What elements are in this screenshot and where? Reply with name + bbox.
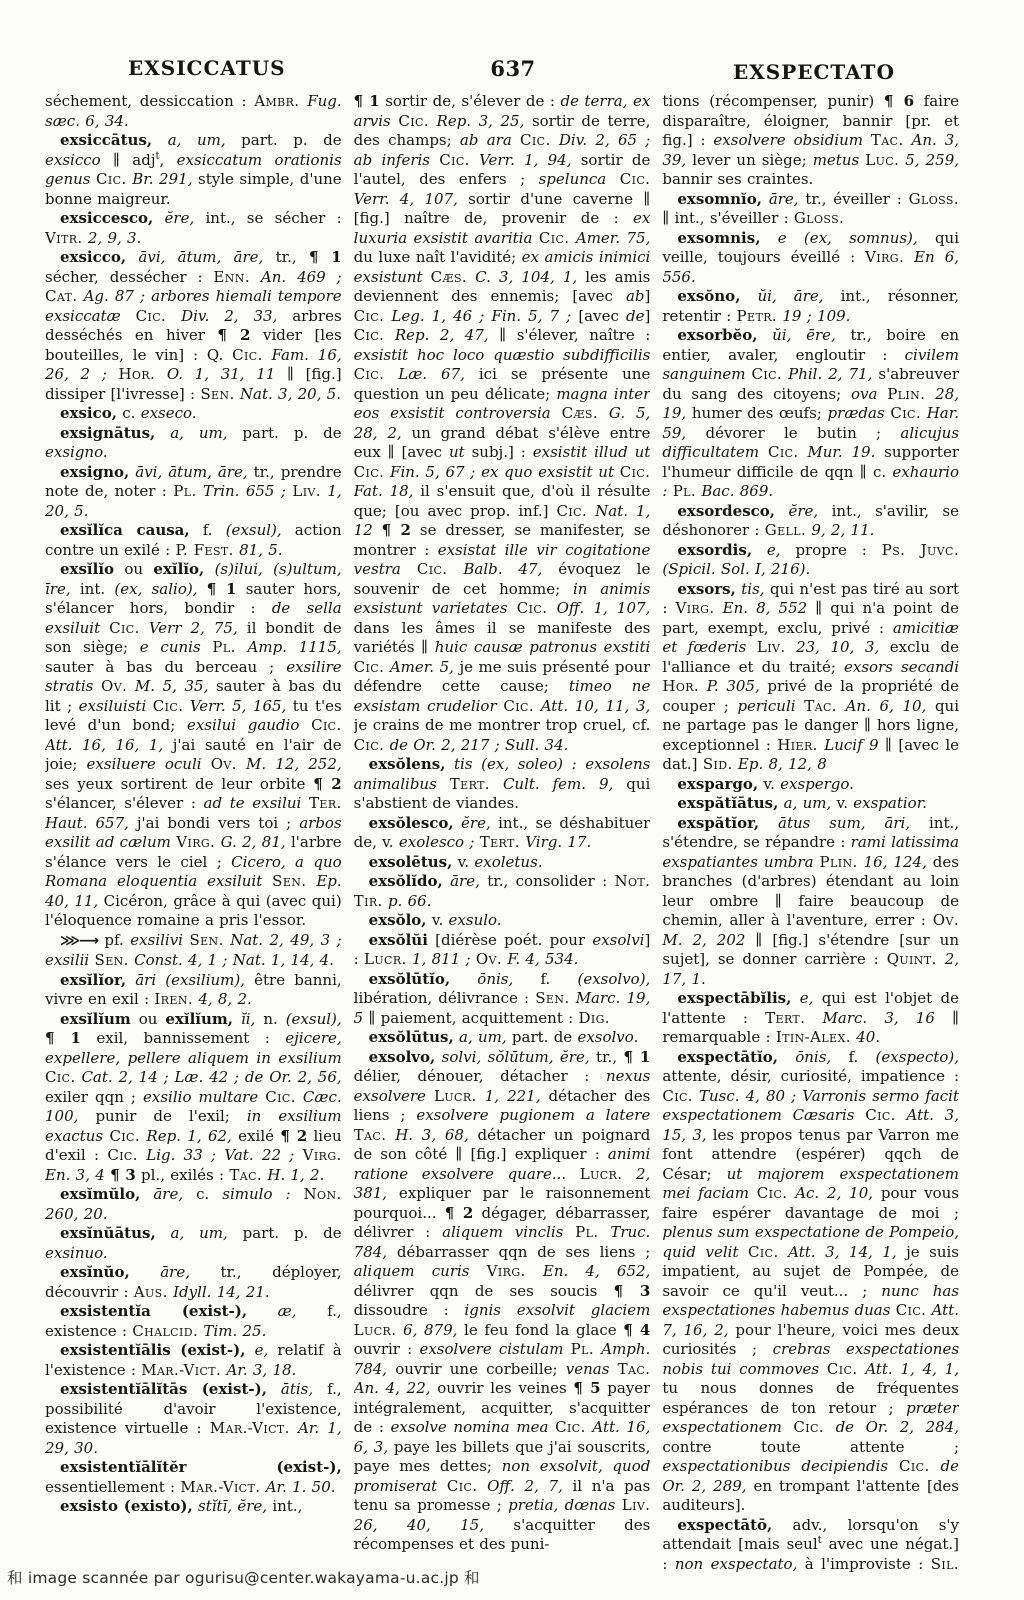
entry-paragraph: exsignātus, a, um, part. p. de exsigno. — [45, 424, 342, 463]
entry-paragraph: exsĭlĭum ou exĭlĭum, ĭi, n. (exsul), ¶ 1… — [45, 1010, 342, 1186]
entry-paragraph: ¶ 1 sortir de, s'élever de : de terra, e… — [354, 92, 651, 755]
entry-paragraph: séchement, dessiccation : Ambr. Fug. sæc… — [45, 92, 342, 131]
entry-paragraph: exsŏlo, v. exsulo. — [354, 911, 651, 931]
entry-paragraph: exspectātō, adv., lorsqu'on s'y attendai… — [662, 1516, 959, 1575]
entry-paragraph: exsistentĭālis (exist-), e, relatif à l'… — [45, 1341, 342, 1380]
entry-paragraph: ⋙⟶ pf. exsilivi Sen. Nat. 2, 49, 3 ; exs… — [45, 931, 342, 971]
entry-paragraph: exsorbĕo, ŭi, ēre, tr., boire en entier,… — [662, 326, 959, 502]
entry-paragraph: exspătĭātus, a, um, v. exspatior. — [662, 794, 959, 814]
entry-paragraph: exsistentĭālĭtĕr (exist-), essentielleme… — [45, 1458, 342, 1497]
text-columns: séchement, dessiccation : Ambr. Fug. sæc… — [45, 92, 959, 1574]
entry-paragraph: exsico, c. exseco. — [45, 404, 342, 424]
entry-paragraph: exsĭmŭlo, āre, c. simulo : Non. 260, 20. — [45, 1185, 342, 1224]
entry-paragraph: exsicco, āvi, ātum, āre, tr., ¶ 1 sécher… — [45, 248, 342, 404]
entry-paragraph: exsŏlŭi [diérèse poét. pour exsolvi] : L… — [354, 931, 651, 970]
column-1: séchement, dessiccation : Ambr. Fug. sæc… — [45, 92, 342, 1574]
column-2: ¶ 1 sortir de, s'élever de : de terra, e… — [354, 92, 651, 1574]
running-head: EXSICCATUS 637 EXSPECTATO — [0, 56, 1024, 86]
entry-paragraph: exsistentĭa (exist-), æ, f., existence :… — [45, 1302, 342, 1341]
entry-paragraph: exsisto (existo), stĭtī, ĕre, int., — [45, 1497, 342, 1517]
entry-paragraph: exsŏlūtus, a, um, part. de exsolvo. — [354, 1028, 651, 1048]
scan-credit: 和 image scannée par ogurisu@center.wakay… — [7, 1566, 480, 1588]
entry-paragraph: exsigno, āvi, ātum, āre, tr., prendre no… — [45, 463, 342, 522]
entry-paragraph: exsĭlĭca causa, f. (exsul), action contr… — [45, 521, 342, 560]
entry-paragraph: exsomnis, e (ex, somnus), qui veille, to… — [662, 229, 959, 288]
entry-paragraph: exsĭlĭo ou exĭlĭo, (s)ilui, (s)ultum, īr… — [45, 560, 342, 931]
entry-paragraph: exsistentĭālĭtās (exist-), ātis, f., pos… — [45, 1380, 342, 1458]
entry-paragraph: exsŏlĭdo, āre, tr., consolider : Not. Ti… — [354, 872, 651, 911]
entry-paragraph: exspătĭor, ātus sum, āri, int., s'étendr… — [662, 814, 959, 990]
running-head-right: EXSPECTATO — [733, 60, 895, 84]
entry-paragraph: exsĭnŭo, āre, tr., déployer, découvrir :… — [45, 1263, 342, 1302]
entry-paragraph: exsĭlĭor, āri (exsilium), être banni, vi… — [45, 971, 342, 1010]
entry-paragraph: exsolētus, v. exoletus. — [354, 853, 651, 873]
remark-arrow-icon: ⋙⟶ — [60, 933, 98, 949]
entry-paragraph: exspectātĭo, ōnis, f. (exspecto), attent… — [662, 1048, 959, 1516]
entry-paragraph: tions (récompenser, punir) ¶ 6 faire dis… — [662, 92, 959, 190]
entry-paragraph: exsiccesco, ĕre, int., se sécher : Vitr.… — [45, 209, 342, 248]
entry-paragraph: exsolvo, solvi, sŏlūtum, ĕre, tr., ¶ 1 d… — [354, 1048, 651, 1555]
entry-paragraph: exsomnĭo, āre, tr., éveiller : Gloss. ∥ … — [662, 190, 959, 229]
page-number: 637 — [458, 56, 568, 81]
entry-paragraph: exsŏlūtĭo, ōnis, f. (exsolvo), libératio… — [354, 970, 651, 1029]
running-head-left: EXSICCATUS — [128, 56, 286, 80]
entry-paragraph: exsors, tis, qui n'est pas tiré au sort … — [662, 580, 959, 775]
entry-paragraph: exsiccātus, a, um, part. p. de exsicco ∥… — [45, 131, 342, 209]
entry-paragraph: exsĭnŭātus, a, um, part. p. de exsinuo. — [45, 1224, 342, 1263]
entry-paragraph: exspargo, v. exspergo. — [662, 775, 959, 795]
column-3: tions (récompenser, punir) ¶ 6 faire dis… — [662, 92, 959, 1574]
entry-paragraph: exsordis, e, propre : Ps. Juvc. (Spicil.… — [662, 541, 959, 580]
dictionary-page: EXSICCATUS 637 EXSPECTATO séchement, des… — [0, 0, 1024, 1600]
entry-paragraph: exsŏlesco, ĕre, int., se déshabituer de,… — [354, 814, 651, 853]
entry-paragraph: exsŏlens, tis (ex, soleo) : exsolens ani… — [354, 755, 651, 814]
entry-paragraph: exsordesco, ĕre, int., s'avilir, se désh… — [662, 502, 959, 541]
entry-paragraph: exsŏno, ŭi, āre, int., résonner, retenti… — [662, 287, 959, 326]
entry-paragraph: exspectābĭlis, e, qui est l'objet de l'a… — [662, 989, 959, 1048]
